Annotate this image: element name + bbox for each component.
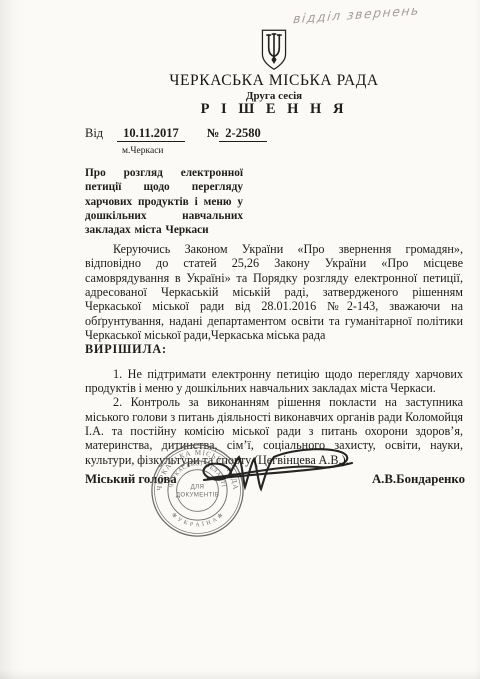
subject-block: Про розгляд електронної петиції щодо пер…	[85, 166, 243, 237]
number-label: №	[207, 126, 220, 140]
scanned-decision-document: відділ звернень ЧЕРКАСЬКА МІСЬКА РАДА Др…	[0, 0, 480, 679]
signer-name: А.В.Бондаренко	[372, 472, 465, 487]
handwritten-note: відділ звернень	[292, 1, 443, 27]
date-value: 10.11.2017	[117, 126, 185, 142]
preamble-paragraph: Керуючись Законом України «Про звернення…	[85, 242, 463, 342]
ukraine-trident-emblem	[261, 29, 287, 71]
date-label: Від	[85, 126, 103, 140]
resolution-heading: ВИРІШИЛА:	[85, 342, 463, 356]
organization-name: ЧЕРКАСЬКА МІСЬКА РАДА	[85, 72, 463, 90]
signature-ink	[198, 446, 358, 504]
resolution-item-1: 1. Не підтримати електронну петицію щодо…	[85, 367, 463, 396]
date-number-line: Від10.11.2017№2-2580	[85, 126, 267, 141]
place-line: м.Черкаси	[122, 146, 164, 156]
document-type-title: Р І Ш Е Н Н Я	[85, 101, 463, 118]
document-body: Керуючись Законом України «Про звернення…	[85, 242, 463, 467]
number-value: 2-2580	[219, 126, 266, 142]
